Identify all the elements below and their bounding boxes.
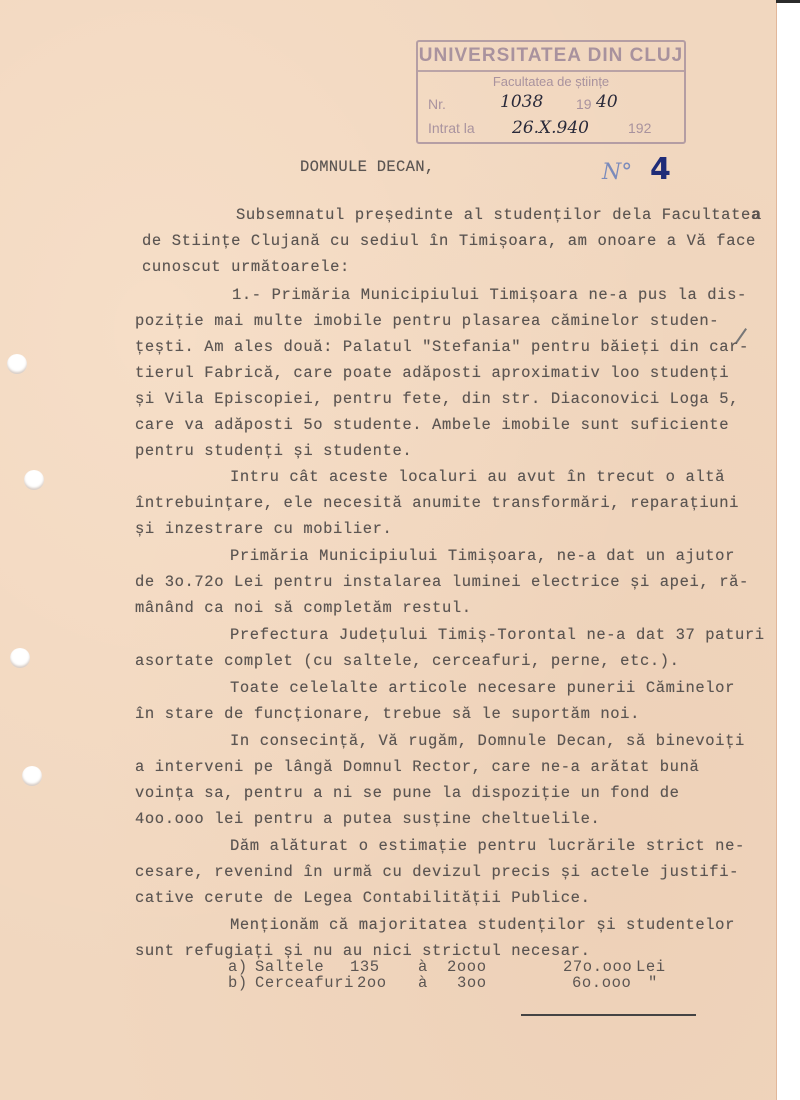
scanned-page: UNIVERSITATEA DIN CLUJ Facultatea de ști… bbox=[0, 0, 777, 1100]
item-total: 6o.ooo bbox=[572, 974, 631, 992]
letter-line: țești. Am ales două: Palatul "Stefania" … bbox=[135, 338, 749, 356]
letter-line: Dăm alăturat o estimație pentru lucrăril… bbox=[230, 837, 745, 855]
letter-line: și inzestrare cu mobilier. bbox=[135, 520, 392, 538]
letter-line: cative cerute de Legea Contabilității Pu… bbox=[135, 889, 590, 907]
stamp-year-handwritten: 40 bbox=[596, 92, 618, 112]
letter-line: întrebuințare, ele necesită anumite tran… bbox=[135, 494, 739, 512]
letter-line: care va adăposti 5o studente. Ambele imo… bbox=[135, 416, 729, 434]
stamp-intrat-label: Intrat la bbox=[428, 120, 475, 136]
letter-line: de Stiințe Clujană cu sediul în Timișoar… bbox=[142, 232, 756, 250]
item-at: à bbox=[418, 974, 428, 992]
letter-line: a interveni pe lângă Domnul Rector, care… bbox=[135, 758, 699, 776]
letter-line: poziție mai multe imobile pentru plasare… bbox=[135, 312, 719, 330]
letter-line: Menționăm că majoritatea studenților și … bbox=[230, 916, 735, 934]
letter-line: Subsemnatul președinte al studenților de… bbox=[236, 206, 761, 224]
stamp-nr-label: Nr. bbox=[428, 96, 446, 112]
stamp-institution: UNIVERSITATEA DIN CLUJ bbox=[418, 42, 684, 72]
item-name: Cerceafuri bbox=[255, 974, 354, 992]
punch-hole bbox=[22, 766, 42, 786]
letter-line: Primăria Municipiului Timișoara, ne-a da… bbox=[230, 547, 735, 565]
punch-hole bbox=[24, 470, 44, 490]
letter-line: tierul Fabrică, care poate adăposti apro… bbox=[135, 364, 729, 382]
letter-line: de 3o.72o Lei pentru instalarea luminei … bbox=[135, 573, 749, 591]
handwritten-number-label: N° bbox=[602, 160, 632, 185]
letter-line: Toate celelalte articole necesare puneri… bbox=[230, 679, 735, 697]
letter-line: mânând ca noi să completăm restul. bbox=[135, 599, 472, 617]
letter-line: cunoscut următoarele: bbox=[142, 258, 350, 276]
letter-line: 4oo.ooo lei pentru a putea susține chelt… bbox=[135, 810, 600, 828]
letter-line: asortate complet (cu saltele, cerceafuri… bbox=[135, 652, 680, 670]
letter-line: Intru cât aceste localuri au avut în tre… bbox=[230, 468, 725, 486]
item-letter: b) bbox=[228, 974, 248, 992]
punch-hole bbox=[7, 354, 27, 374]
letter-line: pentru studenți și studente. bbox=[135, 442, 412, 460]
letter-line-overflow: a bbox=[752, 206, 762, 224]
letter-line: în stare de funcționare, trebue să le su… bbox=[135, 705, 640, 723]
item-unit-price: 3oo bbox=[457, 974, 487, 992]
stamp-nr-value: 1038 bbox=[500, 92, 543, 112]
letter-line: In consecință, Vă rugăm, Domnule Decan, … bbox=[230, 732, 745, 750]
letter-line: și Vila Episcopiei, pentru fete, din str… bbox=[135, 390, 739, 408]
stamp-intrat-year: 192 bbox=[628, 120, 651, 136]
punch-hole bbox=[10, 648, 30, 668]
stamp-year-printed: 19 bbox=[576, 96, 592, 112]
total-rule bbox=[521, 1014, 696, 1016]
handwritten-number-value: 4 bbox=[650, 152, 671, 187]
stamp-intrat-value: 26.X.940 bbox=[512, 118, 589, 138]
letter-line: voința sa, pentru a ni se pune la dispoz… bbox=[135, 784, 680, 802]
letter-line: Prefectura Județului Timiș-Torontal ne-a… bbox=[230, 626, 765, 644]
letter-line: cesare, revenind în urmă cu devizul prec… bbox=[135, 863, 739, 881]
registration-stamp: UNIVERSITATEA DIN CLUJ Facultatea de ști… bbox=[416, 40, 686, 144]
stamp-faculty: Facultatea de științe bbox=[418, 74, 684, 89]
letter-salutation: DOMNULE DECAN, bbox=[300, 158, 434, 176]
letter-line: 1.- Primăria Municipiului Timișoara ne-a… bbox=[232, 286, 747, 304]
scan-edge-mark bbox=[776, 0, 800, 3]
item-currency: " bbox=[648, 974, 658, 992]
item-qty: 2oo bbox=[357, 974, 387, 992]
